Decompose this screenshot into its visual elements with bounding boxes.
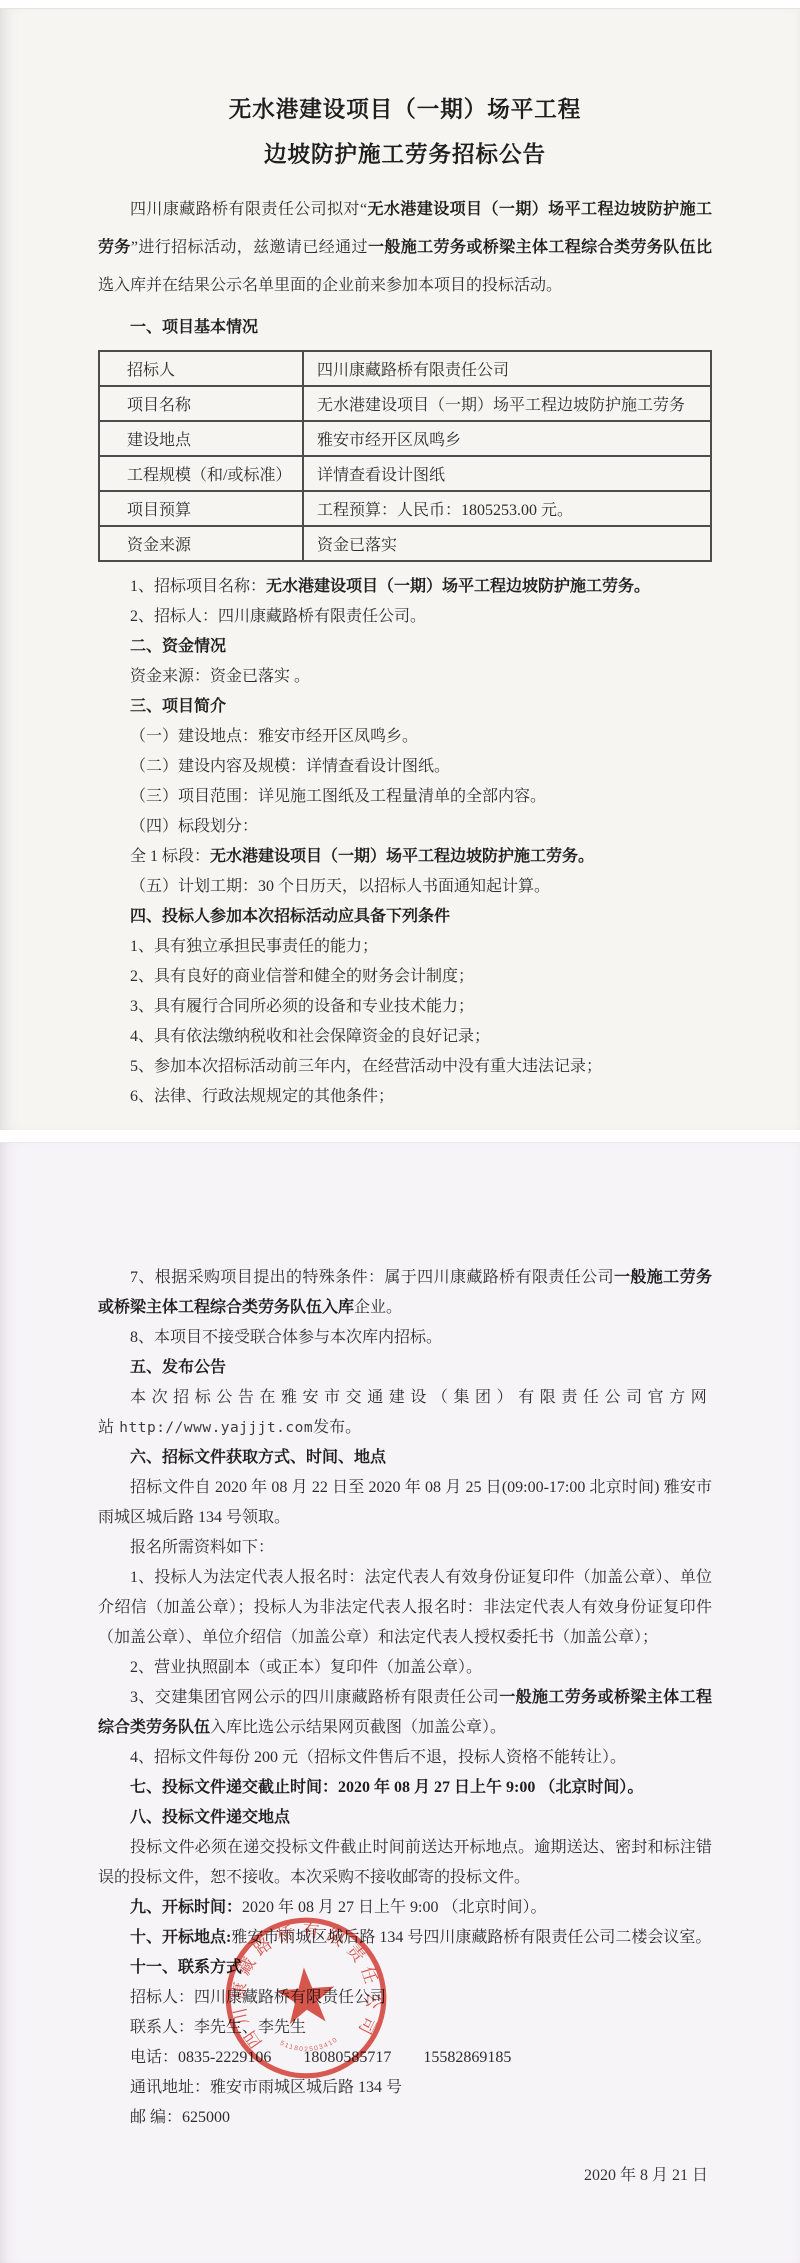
text-run: 招标文件自 2020 年 08 月 22 日至 2020 年 08 月 25 日… — [98, 1479, 712, 1526]
text-run: 2020 年 08 月 27 日上午 9:00 （北京时间）。 — [242, 1899, 546, 1916]
page-1: 无水港建设项目（一期）场平工程 边坡防护施工劳务招标公告 四川康藏路桥有限责任公… — [0, 8, 800, 1130]
row-value: 资金已落实 — [303, 526, 711, 561]
text-run: （四）标段划分： — [130, 818, 258, 835]
bid-opening-place-line: 十、开标地点:雅安市雨城区城后路 134 号四川康藏路桥有限责任公司二楼会议室。 — [98, 1923, 712, 1953]
text-run: 选入库并在结果公示名单里面的企业前来参加本项目的投标活动。 — [98, 277, 562, 294]
contact-address-line: 通讯地址：雅安市雨城区城后路 134 号 — [98, 2073, 712, 2103]
text-run: 企业。 — [354, 1299, 402, 1316]
planned-duration-line: （五）计划工期：30 个日历天，以招标人书面通知起计算。 — [98, 872, 712, 902]
text-run: 联系人：李先生、李先生 — [130, 2019, 306, 2036]
text-run: 邮 编：625000 — [130, 2109, 230, 2126]
section-heading-8: 八、投标文件递交地点 — [98, 1803, 712, 1833]
row-label: 工程规模（和/或标准） — [99, 456, 303, 491]
single-lot-line: 全 1 标段：无水港建设项目（一期）场平工程边坡防护施工劳务。 — [98, 842, 712, 872]
condition-item-8: 8、本项目不接受联合体参与本次库内招标。 — [98, 1323, 712, 1353]
row-label: 资金来源 — [99, 526, 303, 561]
text-run: 三、项目简介 — [130, 698, 226, 715]
contact-zipcode-line: 邮 编：625000 — [98, 2103, 712, 2133]
text-run: 五、发布公告 — [130, 1359, 226, 1376]
text-run: 六、招标文件获取方式、时间、地点 — [130, 1449, 386, 1466]
construction-site-line: （一）建设地点：雅安市经开区凤鸣乡。 — [98, 722, 712, 752]
text-run: 十、开标地点: — [130, 1929, 231, 1946]
page-2-content: 7、根据采购项目提出的特殊条件：属于四川康藏路桥有限责任公司一般施工劳务或桥梁主… — [98, 1263, 712, 2191]
condition-item-1: 1、具有独立承担民事责任的能力； — [98, 932, 712, 962]
condition-item-7: 7、根据采购项目提出的特殊条件：属于四川康藏路桥有限责任公司一般施工劳务或桥梁主… — [98, 1263, 712, 1323]
website-url: http://www.yajjjt.com — [119, 1420, 313, 1436]
table-row: 工程规模（和/或标准）详情查看设计图纸 — [99, 456, 711, 491]
section-heading-11: 十一、联系方式 — [98, 1953, 712, 1983]
text-run: 四川康藏路桥有限责任公司拟对“ — [130, 201, 367, 218]
text-run: 投标文件必须在递交投标文件截止时间前送达开标地点。逾期送达、密封和标注错误的投标… — [98, 1839, 712, 1886]
section-division-line: （四）标段划分： — [98, 812, 712, 842]
contact-phone-line: 电话：0835-2229106 18080585717 15582869185 — [98, 2043, 712, 2073]
text-run: 4、招标文件每份 200 元（招标文件售后不退，投标人资格不能转让）。 — [130, 1749, 626, 1766]
text-run: 七、投标文件递交截止时间：2020 年 08 月 27 日上午 9:00 （北京… — [130, 1779, 643, 1796]
table-row: 建设地点雅安市经开区凤鸣乡 — [99, 421, 711, 456]
text-run: 雅安市雨城区城后路 134 号四川康藏路桥有限责任公司二楼会议室。 — [231, 1929, 711, 1946]
text-run: 1、招标项目名称： — [130, 578, 266, 595]
submission-deadline-line: 七、投标文件递交截止时间：2020 年 08 月 27 日上午 9:00 （北京… — [98, 1773, 712, 1803]
text-run: 报名所需资料如下： — [130, 1539, 274, 1556]
section-heading-5: 五、发布公告 — [98, 1353, 712, 1383]
text-run: 6、法律、行政法规规定的其他条件； — [130, 1088, 394, 1105]
submission-place-paragraph: 投标文件必须在递交投标文件截止时间前送达开标地点。逾期送达、密封和标注错误的投标… — [98, 1833, 712, 1893]
text-run: 无水港建设项目（一期）场平工程边坡防护施工劳务。 — [210, 848, 594, 865]
material-item-2: 2、营业执照副本（或正本）复印件（加盖公章）。 — [98, 1653, 712, 1683]
text-run: 8、本项目不接受联合体参与本次库内招标。 — [130, 1329, 442, 1346]
tender-project-name-line: 1、招标项目名称：无水港建设项目（一期）场平工程边坡防护施工劳务。 — [98, 572, 712, 602]
text-run: 4、具有依法缴纳税收和社会保障资金的良好记录； — [130, 1028, 490, 1045]
text-run: 发布。 — [313, 1419, 361, 1436]
page-1-content: 四川康藏路桥有限责任公司拟对“无水港建设项目（一期）场平工程边坡防护施工劳务”进… — [98, 191, 712, 1112]
text-run: 2、营业执照副本（或正本）复印件（加盖公章）。 — [130, 1659, 482, 1676]
row-value: 四川康藏路桥有限责任公司 — [303, 351, 711, 386]
text-run: 资金来源：资金已落实 。 — [130, 668, 310, 685]
material-item-1: 1、投标人为法定代表人报名时：法定代表人有效身份证复印件（加盖公章）、单位介绍信… — [98, 1563, 712, 1653]
condition-item-6: 6、法律、行政法规规定的其他条件； — [98, 1082, 712, 1112]
text-run: 5、参加本次招标活动前三年内，在经营活动中没有重大违法记录； — [130, 1058, 602, 1075]
intro-paragraph: 四川康藏路桥有限责任公司拟对“无水港建设项目（一期）场平工程边坡防护施工劳务”进… — [98, 191, 712, 305]
text-run: 2、招标人：四川康藏路桥有限责任公司。 — [130, 608, 426, 625]
funding-source-line: 资金来源：资金已落实 。 — [98, 662, 712, 692]
condition-item-2: 2、具有良好的商业信誉和健全的财务会计制度； — [98, 962, 712, 992]
text-run: 2、具有良好的商业信誉和健全的财务会计制度； — [130, 968, 474, 985]
text-run: 一般施工劳务或桥梁主体工程综合类劳务队伍比 — [368, 239, 712, 256]
text-run: 九、开标时间： — [130, 1899, 242, 1916]
row-value: 详情查看设计图纸 — [303, 456, 711, 491]
registration-materials-line: 报名所需资料如下： — [98, 1533, 712, 1563]
page-2: 7、根据采购项目提出的特殊条件：属于四川康藏路桥有限责任公司一般施工劳务或桥梁主… — [0, 1142, 800, 2263]
row-label: 项目名称 — [99, 386, 303, 421]
row-label: 建设地点 — [99, 421, 303, 456]
document-title-line-1: 无水港建设项目（一期）场平工程 — [98, 87, 712, 132]
text-run: 通讯地址：雅安市雨城区城后路 134 号 — [130, 2079, 402, 2096]
contact-tenderer-line: 招标人：四川康藏路桥有限责任公司 — [98, 1983, 712, 2013]
text-run: ”进行招标活动，兹邀请已经通过 — [131, 239, 368, 256]
row-value: 工程预算：人民币：1805253.00 元。 — [303, 491, 711, 526]
text-run: 四、投标人参加本次招标活动应具备下列条件 — [130, 908, 450, 925]
text-run: （五）计划工期：30 个日历天，以招标人书面通知起计算。 — [130, 878, 550, 895]
text-run: （二）建设内容及规模：详情查看设计图纸。 — [130, 758, 450, 775]
text-run: 3、交建集团官网公示的四川康藏路桥有限责任公司 — [130, 1689, 499, 1706]
text-run: 电话：0835-2229106 18080585717 15582869185 — [130, 2049, 511, 2066]
project-scope-line: （三）项目范围：详见施工图纸及工程量清单的全部内容。 — [98, 782, 712, 812]
text-run: 二、资金情况 — [130, 638, 226, 655]
material-item-3: 3、交建集团官网公示的四川康藏路桥有限责任公司一般施工劳务或桥梁主体工程综合类劳… — [98, 1683, 712, 1743]
contact-person-line: 联系人：李先生、李先生 — [98, 2013, 712, 2043]
condition-item-5: 5、参加本次招标活动前三年内，在经营活动中没有重大违法记录； — [98, 1052, 712, 1082]
section-heading-2: 二、资金情况 — [98, 632, 712, 662]
text-run: 3、具有履行合同所必须的设备和专业技术能力； — [130, 998, 474, 1015]
text-run: 1、投标人为法定代表人报名时：法定代表人有效身份证复印件（加盖公章）、单位介绍信… — [98, 1569, 712, 1646]
material-item-4: 4、招标文件每份 200 元（招标文件售后不退，投标人资格不能转让）。 — [98, 1743, 712, 1773]
document-pickup-line: 招标文件自 2020 年 08 月 22 日至 2020 年 08 月 25 日… — [98, 1473, 712, 1533]
section-heading-4: 四、投标人参加本次招标活动应具备下列条件 — [98, 902, 712, 932]
table-row: 项目预算工程预算：人民币：1805253.00 元。 — [99, 491, 711, 526]
text-run: 一、项目基本情况 — [130, 319, 258, 336]
section-heading-1: 一、项目基本情况 — [98, 313, 712, 343]
document-title-line-2: 边坡防护施工劳务招标公告 — [98, 132, 712, 177]
text-run: 1、具有独立承担民事责任的能力； — [130, 938, 378, 955]
row-value: 无水港建设项目（一期）场平工程边坡防护施工劳务 — [303, 386, 711, 421]
tenderer-line: 2、招标人：四川康藏路桥有限责任公司。 — [98, 602, 712, 632]
text-run: 2020 年 8 月 21 日 — [584, 2167, 708, 2184]
table-row: 项目名称无水港建设项目（一期）场平工程边坡防护施工劳务 — [99, 386, 711, 421]
text-run: 十一、联系方式 — [130, 1959, 242, 1976]
bid-opening-time-line: 九、开标时间：2020 年 08 月 27 日上午 9:00 （北京时间）。 — [98, 1893, 712, 1923]
table-row: 招标人四川康藏路桥有限责任公司 — [99, 351, 711, 386]
text-run: （三）项目范围：详见施工图纸及工程量清单的全部内容。 — [130, 788, 546, 805]
row-value: 雅安市经开区凤鸣乡 — [303, 421, 711, 456]
condition-item-4: 4、具有依法缴纳税收和社会保障资金的良好记录； — [98, 1022, 712, 1052]
text-run: 全 1 标段： — [130, 848, 210, 865]
text-run: 无水港建设项目（一期）场平工程边坡防护施工劳务。 — [266, 578, 650, 595]
text-run: 招标人：四川康藏路桥有限责任公司 — [130, 1989, 386, 2006]
announcement-date: 2020 年 8 月 21 日 — [98, 2161, 712, 2191]
text-run: 7、根据采购项目提出的特殊条件：属于四川康藏路桥有限责任公司 — [130, 1269, 614, 1286]
table-row: 资金来源资金已落实 — [99, 526, 711, 561]
text-run: 入库比选公示结果网页截图（加盖公章）。 — [210, 1719, 506, 1736]
text-run: （一）建设地点：雅安市经开区凤鸣乡。 — [130, 728, 418, 745]
row-label: 项目预算 — [99, 491, 303, 526]
section-heading-3: 三、项目简介 — [98, 692, 712, 722]
document-title: 无水港建设项目（一期）场平工程 边坡防护施工劳务招标公告 — [98, 87, 712, 177]
condition-item-3: 3、具有履行合同所必须的设备和专业技术能力； — [98, 992, 712, 1022]
construction-scale-line: （二）建设内容及规模：详情查看设计图纸。 — [98, 752, 712, 782]
project-info-table: 招标人四川康藏路桥有限责任公司项目名称无水港建设项目（一期）场平工程边坡防护施工… — [98, 350, 712, 562]
text-run: 八、投标文件递交地点 — [130, 1809, 290, 1826]
announcement-publish-line: 本次招标公告在雅安市交通建设（集团）有限责任公司官方网站http://www.y… — [98, 1383, 712, 1443]
row-label: 招标人 — [99, 351, 303, 386]
section-heading-6: 六、招标文件获取方式、时间、地点 — [98, 1443, 712, 1473]
